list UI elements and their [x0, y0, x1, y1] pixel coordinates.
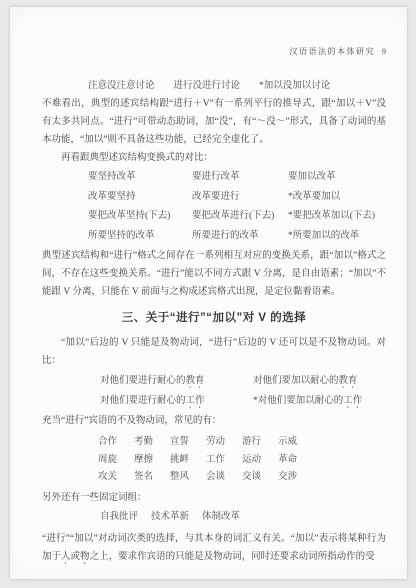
running-head-title: 汉语语法的本体研究	[290, 47, 376, 56]
paragraph-fixed-lead: 另外还有一些固定词组：	[42, 489, 386, 507]
transform-cell: 所要进行的改革	[192, 227, 288, 247]
verb: 整风	[170, 469, 189, 487]
emphasized-word: 物	[80, 552, 90, 562]
page-number: 9	[382, 47, 386, 56]
transform-cell: 要把改革进行(下去)	[192, 207, 288, 227]
semantics-text: 之上，要求作宾语的只能是及物动词，同时还要求动词所指动作的受	[90, 552, 375, 562]
emphasized-word: 教育	[339, 376, 358, 386]
contrast-cell: 对他们要加以耐心的教育	[253, 371, 386, 391]
intro-example-row: 注意没注意讨论 进行没进行讨论 *加以没加以讨论	[88, 77, 386, 95]
section-heading: 三、关于“进行”“加以”对 V 的选择	[42, 310, 386, 326]
verb: 宣誓	[170, 434, 189, 452]
transform-cell: 要进行改革	[192, 168, 288, 188]
contrast-text: 对他们要进行耐心的	[100, 376, 186, 386]
intro-example-3: *加以没加以讨论	[259, 77, 330, 95]
verb: 劳动	[206, 434, 225, 452]
verb-grid-row: 攻关 签名 整风 会谈 交谈 交涉	[98, 469, 386, 487]
emphasized-word: 教育	[186, 376, 205, 386]
emphasized-word: 工作	[343, 396, 362, 406]
transform-cell: 要加以改革	[288, 168, 386, 188]
verb-grid-row: 周旋 摩擦 挑衅 工作 运动 革命	[98, 452, 386, 470]
contrast-cell: 对他们要进行耐心的教育	[100, 371, 253, 391]
contrast-cell: 对他们要进行耐心的工作	[100, 391, 253, 411]
verb-grid-row: 合作 考勤 宣誓 劳动 游行 示威	[98, 434, 386, 452]
transform-cell: 要把改革坚持(下去)	[88, 207, 192, 227]
semantics-text: 或	[71, 552, 81, 562]
transform-cell: 改革要坚持	[88, 188, 192, 208]
verb: 合作	[98, 434, 117, 452]
paragraph-selection: “加以”后边的 V 只能是及物动词，“进行”后边的 V 还可以是不及物动词。对比…	[42, 334, 386, 370]
verb: 革命	[278, 452, 297, 470]
intro-example-2: 进行没进行讨论	[174, 77, 241, 95]
verb: 交涉	[278, 469, 297, 487]
fixed-phrase: 技术革新	[151, 508, 189, 527]
transform-table: 要坚持改革 要进行改革 要加以改革 改革要坚持 改革要进行 *改革要加以 要把改…	[88, 168, 386, 246]
verb: 示威	[278, 434, 297, 452]
transform-cell: 改革要进行	[192, 188, 288, 208]
verb: 交谈	[242, 469, 261, 487]
page-content: 汉语语法的本体研究9 注意没注意讨论 进行没进行讨论 *加以没加以讨论 不难看出…	[42, 47, 386, 567]
transform-cell: *改革要加以	[288, 188, 386, 208]
verb: 运动	[242, 452, 261, 470]
paragraph-compare-lead: 再看跟典型述宾结构变换式的对比：	[42, 149, 386, 167]
verb: 攻关	[98, 469, 117, 487]
fixed-phrase-row: 自我批评 技术革新 体制改革	[100, 508, 386, 527]
verb: 周旋	[98, 452, 117, 470]
fixed-phrase: 自我批评	[100, 508, 138, 527]
intro-example-1: 注意没注意讨论	[88, 77, 155, 95]
contrast-cell: *对他们要加以耐心的工作	[253, 391, 386, 411]
verb: 签名	[134, 469, 153, 487]
contrast-text: 对他们要加以耐心的	[253, 376, 339, 386]
verb: 游行	[242, 434, 261, 452]
verb: 挑衅	[170, 452, 189, 470]
contrast-text: 对他们要进行耐心的	[100, 396, 186, 406]
verb: 考勤	[134, 434, 153, 452]
verb-grid: 合作 考勤 宣誓 劳动 游行 示威 周旋 摩擦 挑衅 工作 运动 革命 攻关 签…	[98, 434, 386, 487]
transform-cell: 要坚持改革	[88, 168, 192, 188]
contrast-example-table: 对他们要进行耐心的教育 对他们要加以耐心的教育 对他们要进行耐心的工作 *对他们…	[100, 371, 386, 411]
paragraph-intransitive-lead: 充当“进行”宾语的不及物动词，常见的有：	[42, 412, 386, 430]
verb: 摩擦	[134, 452, 153, 470]
transform-cell: 所要坚持的改革	[88, 227, 192, 247]
transform-cell: *要把改革加以(下去)	[288, 207, 386, 227]
paragraph-overview: 不难看出，典型的述宾结构跟“进行＋V”有一系列平行的推导式，跟“加以＋V”没有太…	[42, 95, 386, 149]
emphasized-word: 人	[61, 552, 71, 562]
verb: 会谈	[206, 469, 225, 487]
running-head: 汉语语法的本体研究9	[42, 47, 386, 57]
book-page: 汉语语法的本体研究9 注意没注意讨论 进行没进行讨论 *加以没加以讨论 不难看出…	[10, 7, 407, 579]
fixed-phrase: 体制改革	[202, 508, 240, 527]
verb: 工作	[206, 452, 225, 470]
paragraph-transform: 典型述宾结构和“进行”格式之间存在一系列相互对应的变换关系，跟“加以”格式之间，…	[42, 247, 386, 301]
paragraph-semantics: “进行”“加以”对动词次类的选择，与其本身的词汇义有关。“加以”表示将某种行为加…	[42, 530, 386, 567]
transform-cell: *所要加以的改革	[288, 227, 386, 247]
contrast-text: *对他们要加以耐心的	[253, 396, 343, 406]
emphasized-word: 工作	[186, 396, 205, 406]
